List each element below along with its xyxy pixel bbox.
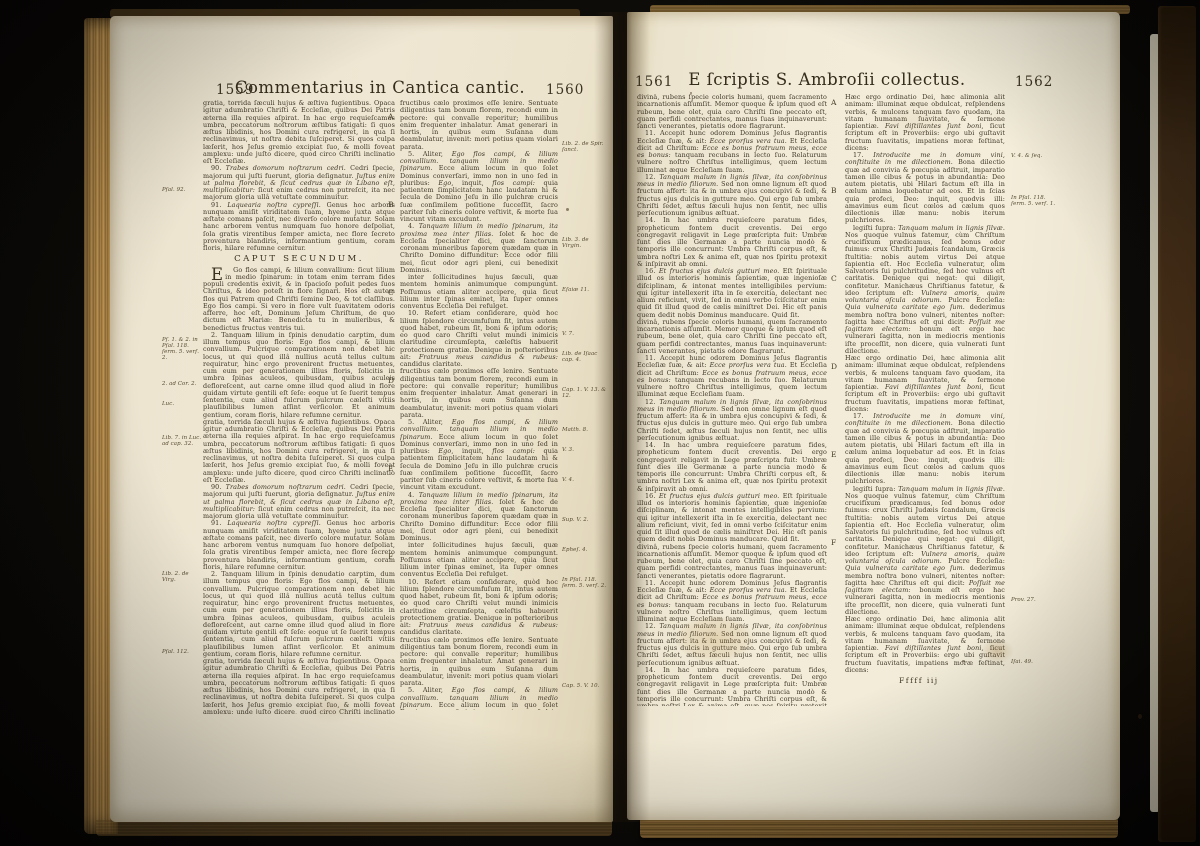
body-paragraph: 14. In hac umbra requieſcere paratum fid… <box>637 667 827 706</box>
body-paragraph: 14. In hac umbra requieſcere paratum fid… <box>637 442 827 493</box>
body-paragraph: 14. In hac umbra requieſcere paratum fid… <box>637 217 827 268</box>
body-paragraph: 5. Aliter, Ego flos campi, & lilium conv… <box>400 151 558 224</box>
body-paragraph: 90. Trabes domorum noſtrarum cedri. Cedr… <box>203 165 395 201</box>
left-page: 1559 Commentarius in Cantica cantic. 156… <box>110 16 613 822</box>
margin-citation-note: Sup. V. 2. <box>562 518 608 524</box>
margin-citation-note: In Pſal. 118. ſerm. 5. verſ. 2. <box>562 578 608 590</box>
body-paragraph: 2. Tanquam lilium in ſpinis denudatio ca… <box>203 571 395 658</box>
drop-cap-initial: E <box>203 267 225 281</box>
body-paragraph: 11. Accepit hunc odorem Dominus Jeſus fl… <box>637 355 827 399</box>
body-paragraph: fructibus cælo proximos eſſe lenire. Sen… <box>400 637 558 688</box>
body-paragraph: Hæc ergo ordinatio Dei, hæc alimonia ali… <box>845 355 1005 413</box>
body-paragraph: fructibus cælo proximos eſſe lenire. Sen… <box>400 100 558 151</box>
body-paragraph: Hæc ergo ordinatio Dei, hæc alimonia ali… <box>845 94 1005 152</box>
body-paragraph: 10. Refert etiam conſiderare, quòd hoc l… <box>400 310 558 368</box>
margin-citation-note: Cap. 5. V. 10. <box>562 684 608 690</box>
body-paragraph: 12. Tanquam malum in lignis ſilvæ, ita c… <box>637 399 827 443</box>
body-paragraph: 16. Et fructus ejus dulcis gutturi meo. … <box>637 268 827 319</box>
dropcap-paragraph: EGo flos campi, & lilium convallium: ſic… <box>203 267 395 332</box>
right-running-title: E ſcriptis S. Ambroſii collectus. <box>667 70 987 89</box>
column-reference-letter: C <box>831 274 837 283</box>
section-heading: CAPUT SECUNDUM. <box>203 256 395 263</box>
margin-citation-note: In Pſal. 118. ſerm. 5. verſ. 1. <box>1011 196 1061 208</box>
right-page: 1561 E ſcriptis S. Ambroſii collectus. 1… <box>627 12 1120 820</box>
margin-citation-note: V. 3. <box>562 448 608 454</box>
margin-citation-note: Lib. 3. de Virgin. <box>562 238 608 250</box>
body-paragraph: 11. Accepit hunc odorem Dominus Jeſus fl… <box>637 580 827 624</box>
margin-citation-note: Lib. 7. in Luc. ad cap. 32. <box>162 436 202 448</box>
margin-citation-note: Lib. de Iſaac cap. 4. <box>562 352 608 364</box>
margin-citation-note: Luc. <box>162 402 202 408</box>
body-paragraph: legiſti ſupra: Tanquam malum in lignis ſ… <box>845 486 1005 617</box>
margin-citation-note: Pſal. 112. <box>162 650 202 656</box>
margin-citation-note: Lib. 2. de Virg. <box>162 572 202 584</box>
body-paragraph: Hæc ergo ordinatio Dei, hæc alimonia ali… <box>845 616 1005 674</box>
column-reference-letter: E <box>831 450 836 459</box>
body-paragraph: 5. Aliter, Ego flos campi, & lilium conv… <box>400 687 558 710</box>
right-page-column-1: divinâ, rubens ſpecie coloris humani, qu… <box>637 94 827 706</box>
ink-speck <box>1138 714 1142 719</box>
left-page-column-2: fructibus cælo proximos eſſe lenire. Sen… <box>400 100 558 710</box>
signature-mark: Fffff iij <box>899 676 939 685</box>
body-paragraph: inter ſollicitudines hujus ſæculi, quæ m… <box>400 542 558 578</box>
body-paragraph: 90. Trabes domorum noſtrarum cedri. Cedr… <box>203 484 395 520</box>
body-paragraph: 12. Tanquam malum in lignis ſilvæ, ita c… <box>637 174 827 218</box>
body-paragraph: fructibus cælo proximos eſſe lenire. Sen… <box>400 368 558 419</box>
margin-citation-note: Prov. 27. <box>1011 598 1061 604</box>
body-paragraph: 91. Laquearia noſtra cypreſſi. Genus hoc… <box>203 202 395 253</box>
left-running-title: Commentarius in Cantica cantic. <box>230 78 530 97</box>
body-paragraph: gratia, torrida ſæculi hujus & æſtiva fu… <box>203 658 395 714</box>
left-page-column-1: gratia, torrida ſæculi hujus & æſtiva fu… <box>203 100 395 714</box>
right-page-outer-margin-notes: V. 4. & ſeq.In Pſal. 118. ſerm. 5. verſ.… <box>1011 12 1061 818</box>
body-paragraph: inter ſollicitudines hujus ſæculi, quæ m… <box>400 274 558 310</box>
margin-citation-note: Iſai. 49. <box>1011 660 1061 666</box>
page-block-bottom-edge-right <box>640 818 1118 838</box>
body-paragraph: 12. Tanquam malum in lignis ſilvæ, ita c… <box>637 623 827 667</box>
body-paragraph: 5. Aliter, Ego flos campi, & lilium conv… <box>400 419 558 492</box>
body-paragraph: divinâ, rubens ſpecie coloris humani, qu… <box>637 319 827 355</box>
book-cover-right-board <box>1158 6 1196 842</box>
margin-citation-note: Matth. 8. <box>562 428 608 434</box>
body-paragraph: 2. Tanquam lilium in ſpinis denudatio ca… <box>203 332 395 419</box>
body-paragraph: divinâ, rubens ſpecie coloris humani, qu… <box>637 544 827 580</box>
body-paragraph: 17. Introducite me in domum vini, conſti… <box>845 152 1005 225</box>
page-block-bottom-edge-left <box>96 820 612 836</box>
margin-citation-note: Cap. 1. V. 13. & 12. <box>562 388 608 400</box>
margin-citation-note: Epheſ. 4. <box>562 548 608 554</box>
body-paragraph: 16. Et fructus ejus dulcis gutturi meo. … <box>637 493 827 544</box>
book-photo-scene: 1559 Commentarius in Cantica cantic. 156… <box>0 0 1200 846</box>
body-paragraph: 4. Tanquam lilium in medio ſpinarum, ita… <box>400 223 558 274</box>
column-reference-letter: F <box>831 538 836 547</box>
body-paragraph: 11. Accepit hunc odorem Dominus Jeſus fl… <box>637 130 827 174</box>
body-paragraph: legiſti ſupra: Tanquam malum in lignis ſ… <box>845 225 1005 356</box>
margin-citation-note: 2. ad Cor. 2. <box>162 382 202 388</box>
left-page-inner-margin-notes: Lib. 2. de Spir. ſanct.Lib. 3. de Virgin… <box>562 16 608 822</box>
margin-citation-note: Pſal. 92. <box>162 188 202 194</box>
body-paragraph: gratia, torrida ſæculi hujus & æſtiva fu… <box>203 419 395 484</box>
margin-citation-note: V. 7. <box>562 332 608 338</box>
margin-citation-note: Eſaiæ 11. <box>562 288 608 294</box>
right-page-column-2: Hæc ergo ordinatio Dei, hæc alimonia ali… <box>845 94 1005 674</box>
column-reference-letter: B <box>831 186 837 195</box>
body-paragraph: 10. Refert etiam conſiderare, quòd hoc l… <box>400 579 558 637</box>
body-paragraph: 91. Laquearia noſtra cypreſſi. Genus hoc… <box>203 520 395 571</box>
margin-citation-note: V. 4. & ſeq. <box>1011 154 1061 160</box>
body-paragraph: 4. Tanquam lilium in medio ſpinarum, ita… <box>400 492 558 543</box>
body-paragraph: gratia, torrida ſæculi hujus & æſtiva fu… <box>203 100 395 165</box>
margin-citation-note: V. 4. <box>562 478 608 484</box>
column-reference-letter: D <box>831 362 837 371</box>
column-reference-letter: A <box>831 98 836 107</box>
margin-citation-note: Lib. 2. de Spir. ſanct. <box>562 142 608 154</box>
body-paragraph: 17. Introducite me in domum vini, conſti… <box>845 413 1005 486</box>
left-page-outer-margin-notes: Pſal. 92.Pſ. 1. & 2. in Pſal. 118. ſerm.… <box>162 16 202 822</box>
body-paragraph: divinâ, rubens ſpecie coloris humani, qu… <box>637 94 827 130</box>
margin-citation-note: Pſ. 1. & 2. in Pſal. 118. ſerm. 5. verſ.… <box>162 338 202 362</box>
